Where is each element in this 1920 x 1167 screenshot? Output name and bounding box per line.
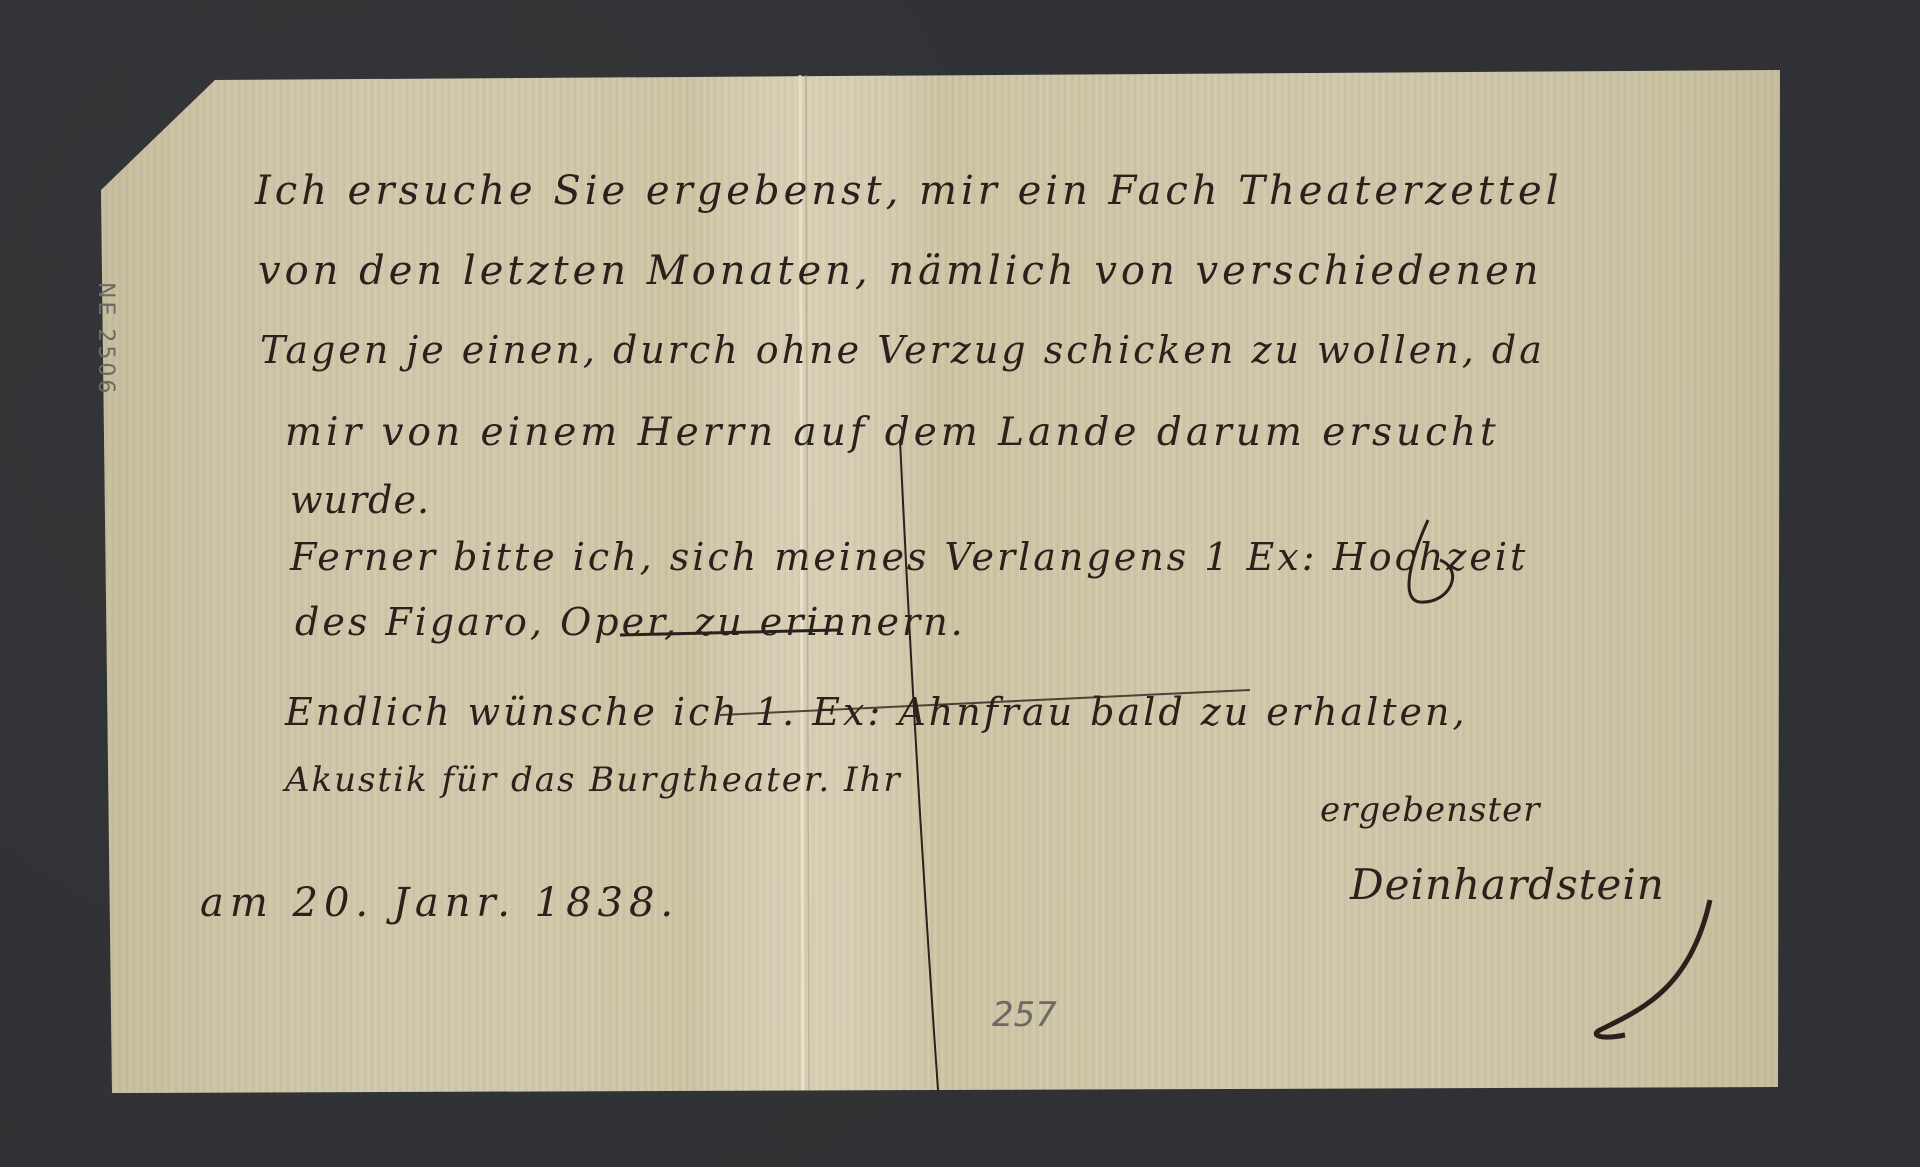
- letter-line-9: Akustik für das Burgtheater. Ihr: [285, 760, 902, 800]
- letter-line-5: wurde.: [290, 478, 430, 522]
- letter-line-8: Endlich wünsche ich 1. Ex: Ahnfrau bald …: [285, 690, 1468, 734]
- letter-line-3: Tagen je einen, durch ohne Verzug schick…: [260, 328, 1545, 372]
- letter-line-4: mir von einem Herrn auf dem Lande darum …: [285, 410, 1500, 455]
- letter-line-7: des Figaro, Oper, zu erinnern.: [295, 600, 966, 644]
- letter-line-1: Ich ersuche Sie ergebenst, mir ein Fach …: [255, 168, 1563, 214]
- letter-line-2: von den letzten Monaten, nämlich von ver…: [258, 248, 1543, 294]
- letter-line-6: Ferner bitte ich, sich meines Verlangens…: [290, 535, 1528, 579]
- archive-mark: NE 2506: [93, 282, 118, 396]
- signature: Deinhardstein: [1350, 860, 1665, 909]
- folio-number: 257: [992, 995, 1057, 1035]
- date-line: am 20. Janr. 1838.: [200, 880, 679, 926]
- closing-text: ergebenster: [1320, 790, 1541, 830]
